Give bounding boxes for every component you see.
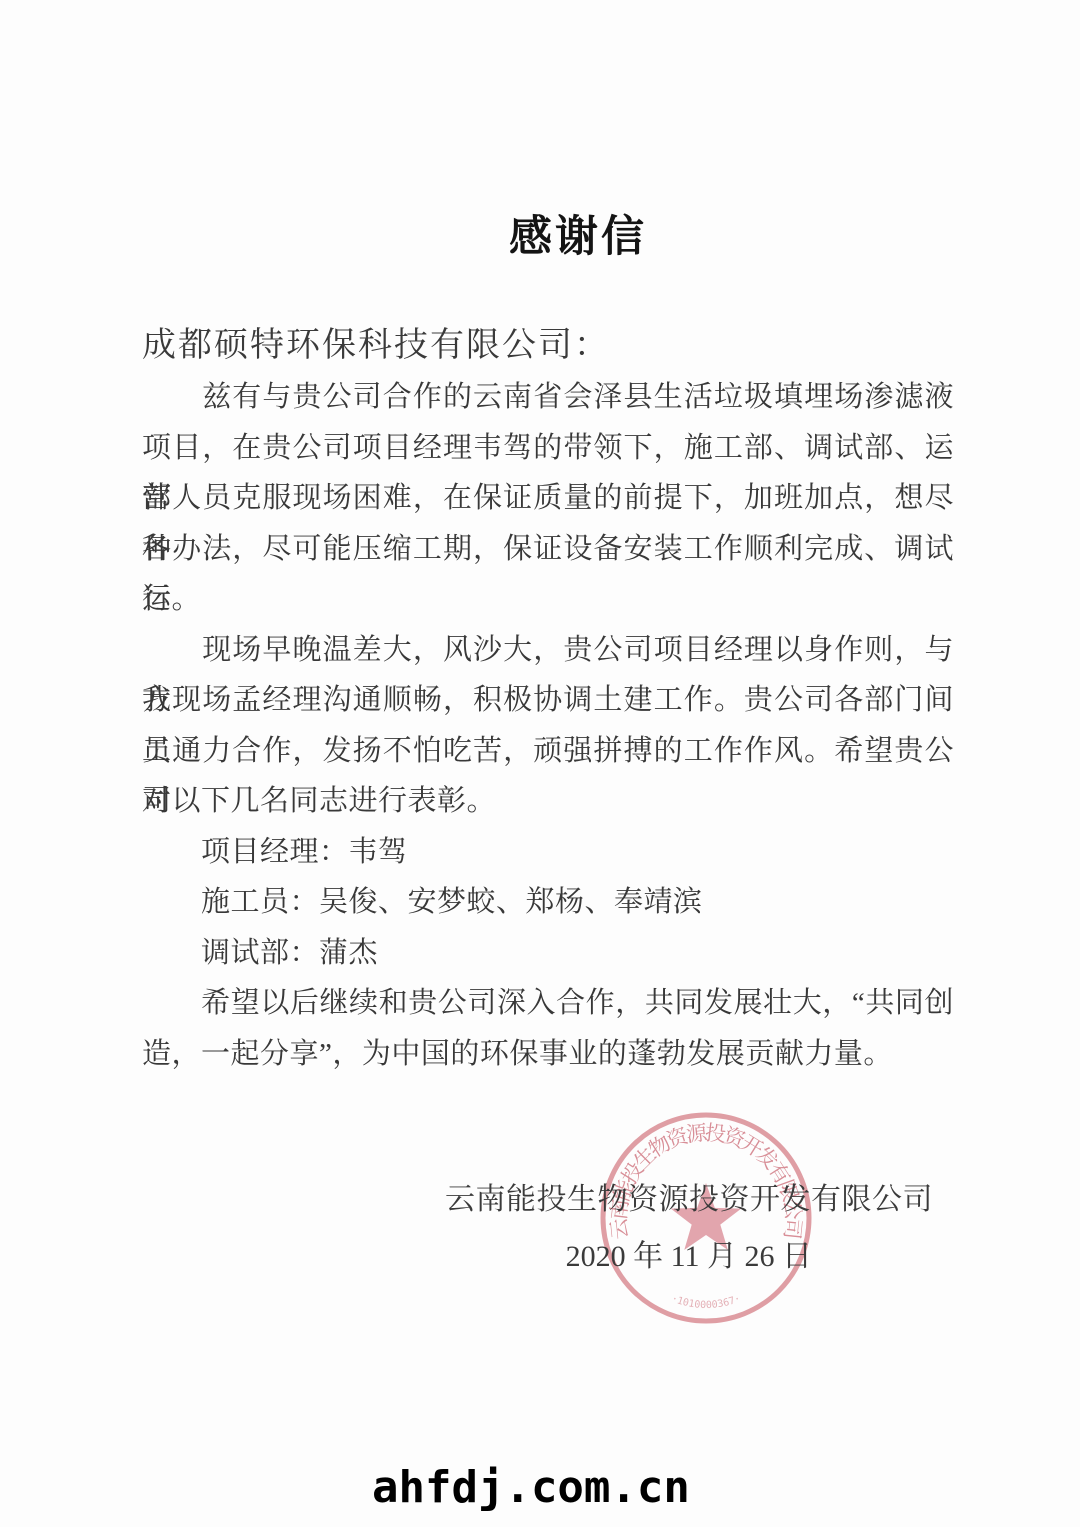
body-text-line: 现场早晚温差大，风沙大，贵公司项目经理以身作则，与我 [142, 625, 954, 676]
salutation-line: 成都硕特环保科技有限公司： [142, 317, 610, 366]
signature-company: 云南能投生物资源投资开发有限公司 [445, 1174, 933, 1218]
body-text-line: 项目经理：韦驾 [142, 827, 954, 878]
body-text-line: 施工员：吴俊、安梦蛟、郑杨、奉靖滨 [142, 877, 954, 928]
body-text-line: 项目，在贵公司项目经理韦驾的带领下，施工部、调试部、运营 [142, 423, 954, 474]
body-text-line: 方现场孟经理沟通顺畅，积极协调土建工作。贵公司各部门间员 [142, 675, 954, 726]
body-text-line: 行。 [142, 574, 954, 625]
thank-you-letter-page: 感谢信 成都硕特环保科技有限公司： 兹有与贵公司合作的云南省会泽县生活垃圾填埋场… [0, 0, 1080, 1527]
body-text-line: 希望以后继续和贵公司深入合作，共同发展壮大，“共同创 [142, 978, 954, 1029]
company-seal: 云南能投生物资源投资开发有限公司 ·1010000367· [589, 1101, 823, 1335]
body-text-line: 调试部：蒲杰 [142, 928, 954, 979]
body-text-line: 种办法，尽可能压缩工期，保证设备安装工作顺利完成、调试运 [142, 524, 954, 575]
body-text-line: 造，一起分享”，为中国的环保事业的蓬勃发展贡献力量。 [142, 1029, 954, 1080]
watermark-text: ahfdj.com.cn [372, 1462, 690, 1513]
body-text-line: 对以下几名同志进行表彰。 [142, 776, 954, 827]
body-text-line: 兹有与贵公司合作的云南省会泽县生活垃圾填埋场渗滤液 [142, 372, 954, 423]
body-text-line: 工通力合作，发扬不怕吃苦，顽强拼搏的工作作风。希望贵公司 [142, 726, 954, 777]
body-text-line: 部人员克服现场困难，在保证质量的前提下，加班加点，想尽各 [142, 473, 954, 524]
letter-title: 感谢信 [38, 203, 1080, 264]
letter-body: 兹有与贵公司合作的云南省会泽县生活垃圾填埋场渗滤液项目，在贵公司项目经理韦驾的带… [142, 372, 954, 1079]
signature-date: 2020 年 11 月 26 日 [566, 1231, 812, 1275]
seal-serial-text: ·1010000367· [670, 1293, 743, 1311]
